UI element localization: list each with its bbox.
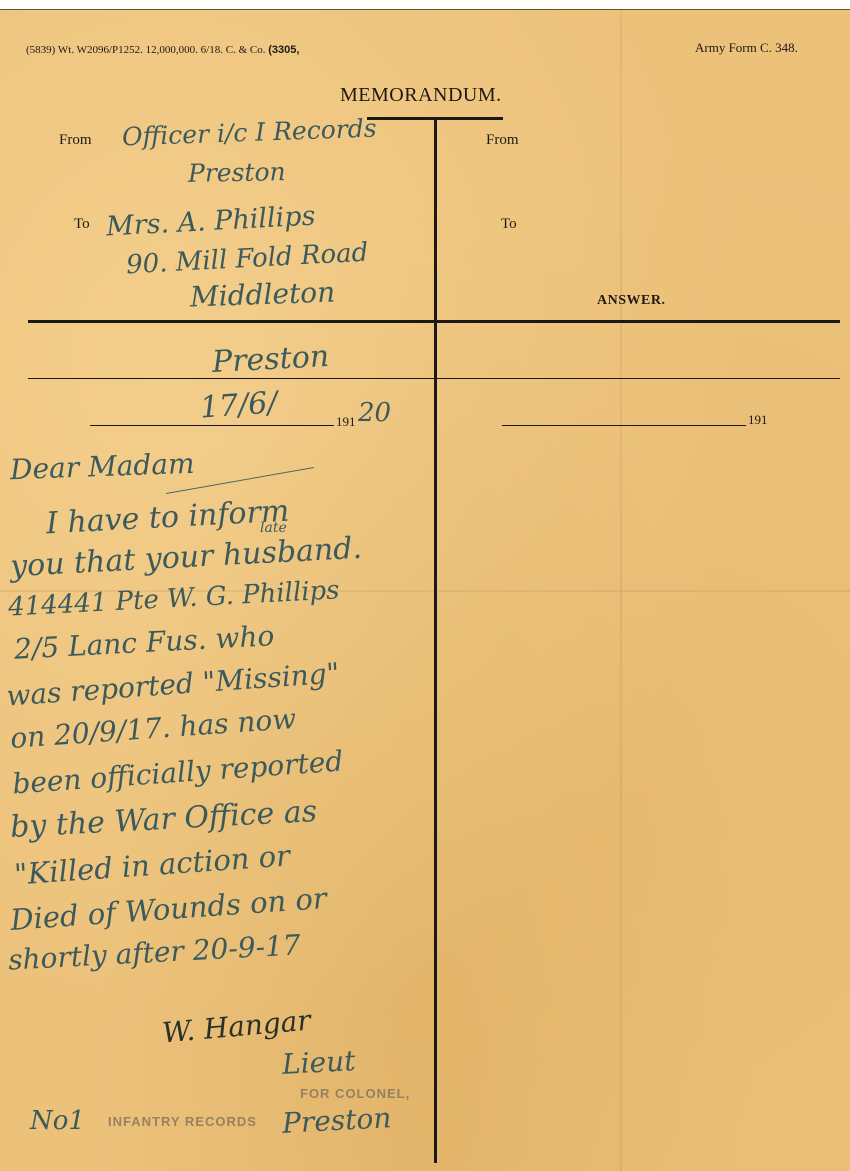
signature: W. Hangar [161, 1004, 312, 1050]
year-suffix-left: 20 [358, 398, 391, 428]
print-code-text: (5839) Wt. W2096/P1252. 12,000,000. 6/18… [26, 44, 265, 56]
rank: Lieut [281, 1044, 356, 1081]
date-line-left [90, 425, 334, 426]
to-label-right: To [501, 216, 517, 233]
fold-crease [620, 10, 622, 1171]
letter-line-11: shortly after 20-9-17 [7, 928, 301, 976]
date-line-right [502, 425, 746, 426]
letter-line-7: been officially reported [11, 744, 344, 800]
memorandum-title: MEMORANDUM. [340, 84, 502, 107]
letter-line-1: I have to inform [45, 494, 290, 542]
place-line [28, 378, 840, 379]
letter-line-3: 414441 Pte W. G. Phillips [7, 575, 340, 622]
date-value: 17/6/ [199, 385, 279, 425]
letter-line-8: by the War Office as [9, 794, 318, 845]
from-value-line2: Preston [188, 157, 286, 188]
from-label-left: From [59, 132, 92, 149]
from-label-right: From [486, 132, 519, 149]
year-prefix-right: 191 [748, 412, 768, 428]
form-number: Army Form C. 348. [695, 40, 798, 56]
stamp-infantry-records: INFANTRY RECORDS [108, 1114, 257, 1129]
to-label-left: To [74, 216, 90, 233]
stamp-for-colonel: FOR COLONEL, [300, 1086, 410, 1101]
letter-line-6: on 20/9/17. has now [9, 702, 297, 755]
center-divider [434, 119, 437, 1163]
print-code: (5839) Wt. W2096/P1252. 12,000,000. 6/18… [26, 44, 299, 56]
reference-number: No1 [30, 1106, 85, 1136]
signoff-place: Preston [281, 1101, 392, 1140]
salutation: Dear Madam [9, 447, 195, 486]
to-value-line1: Mrs. A. Phillips [105, 201, 316, 243]
header-divider [28, 320, 840, 323]
place-value: Preston [211, 339, 330, 380]
print-code-bold: (3305, [268, 44, 299, 56]
letter-line-4: 2/5 Lanc Fus. who [13, 619, 275, 666]
from-value-line1: Officer i/c I Records [122, 114, 377, 152]
answer-label: ANSWER. [597, 293, 665, 309]
letter-line-9: "Killed in action or [13, 838, 291, 891]
to-value-line3: Middleton [189, 275, 335, 313]
memorandum-form: (5839) Wt. W2096/P1252. 12,000,000. 6/18… [0, 9, 850, 1171]
year-prefix-left: 191 [336, 414, 356, 430]
to-value-line2: 90. Mill Fold Road [125, 238, 369, 281]
